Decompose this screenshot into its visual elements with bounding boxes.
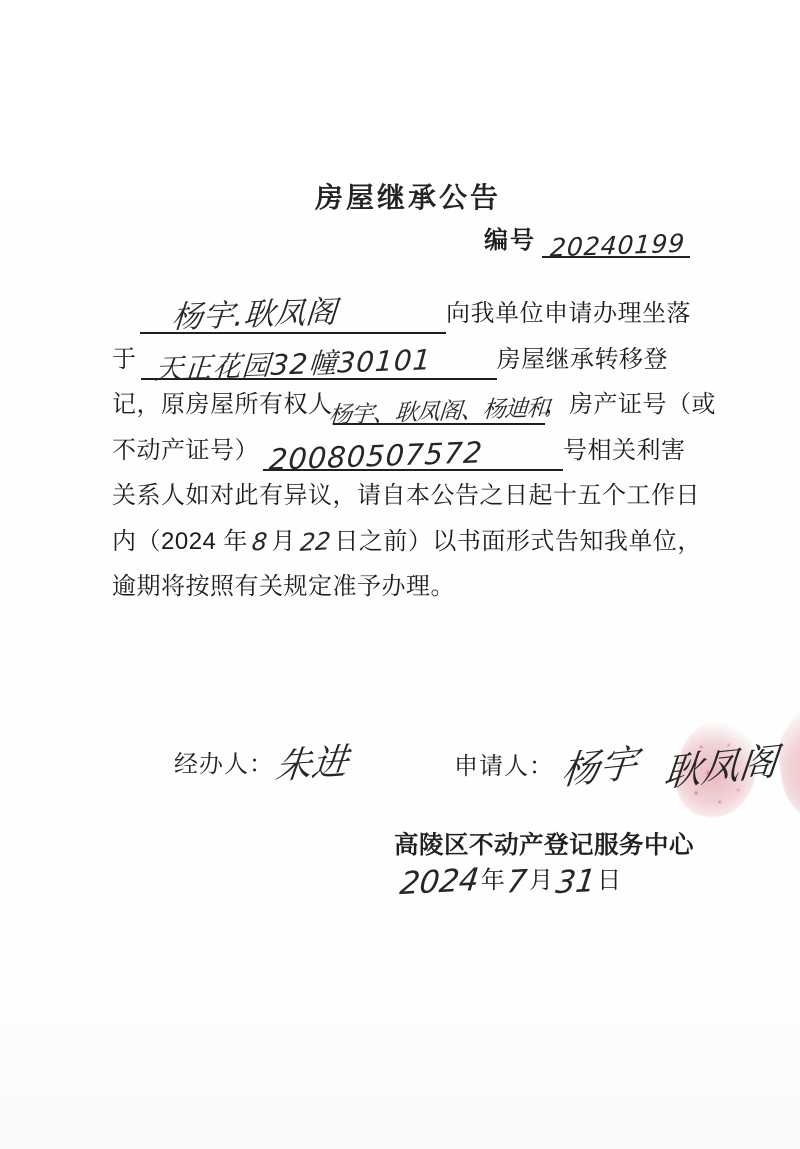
handler-signature-handwriting: 朱进 (273, 733, 350, 790)
scan-noise-shadow (0, 1049, 800, 1149)
issuing-organization: 高陵区不动产登记服务中心 (394, 826, 694, 861)
property-address-blank: 天正花园32幢30101 (141, 340, 497, 380)
body-line-6: 内（2024 年8月22日之前）以书面形式告知我单位， (112, 522, 697, 568)
handler-signature-group: 经办人：朱进 (174, 736, 348, 787)
date-year-handwriting: 2024 (398, 860, 482, 904)
body-line-6-suffix: 日之前）以书面形式告知我单位， (334, 522, 702, 562)
scanned-document-page: 房屋继承公告 编号20240199 杨宇.耿凤阁向我单位申请办理坐落 于天正花园… (0, 0, 800, 1149)
serial-number-blank: 20240199 (542, 224, 690, 258)
property-address-handwriting: 天正花园32幢30101 (153, 338, 432, 388)
applicant-signatures: 杨宇耿凤阁 (562, 736, 778, 791)
applicant-names-blank: 杨宇.耿凤阁 (140, 294, 446, 334)
deadline-day-handwriting: 22 (298, 521, 332, 563)
handler-label: 经办人： (174, 744, 274, 779)
body-line-4: 不动产证号）20080507572号相关利害 (112, 431, 697, 477)
body-line-5-text: 关系人如对此有异议，请自本公告之日起十五个工作日 (112, 476, 700, 516)
date-month-label: 月 (529, 860, 554, 902)
deadline-month-handwriting: 8 (250, 521, 269, 562)
issue-date: 2024年7月31日 (398, 860, 622, 902)
body-line-4-suffix: 号相关利害 (563, 431, 686, 471)
body-line-1: 杨宇.耿凤阁向我单位申请办理坐落 (112, 294, 697, 340)
body-line-6-mid: 月 (271, 522, 296, 562)
date-month-handwriting: 7 (505, 861, 530, 902)
certificate-number-handwriting: 20080507572 (268, 435, 484, 477)
original-owners-handwriting: 杨宇、耿凤阁、杨迪和 (327, 389, 549, 430)
body-line-7: 逾期将按照有关规定准予办理。 (112, 567, 697, 613)
date-year-label: 年 (481, 860, 506, 902)
body-line-3: 记，原房屋所有权人杨宇、耿凤阁、杨迪和，房产证号（或 (112, 385, 697, 431)
body-line-5: 关系人如对此有异议，请自本公告之日起十五个工作日 (112, 476, 697, 522)
document-title: 房屋继承公告 (8, 176, 800, 216)
serial-label: 编号 (484, 224, 536, 258)
date-day-label: 日 (597, 860, 622, 902)
body-line-4-prefix: 不动产证号） (112, 431, 259, 471)
body-line-1-text: 向我单位申请办理坐落 (446, 294, 691, 334)
applicant-names-handwriting: 杨宇.耿凤阁 (170, 286, 338, 337)
serial-number-handwriting: 20240199 (549, 229, 686, 263)
body-line-6-prefix: 内（2024 年 (112, 522, 248, 562)
serial-number-row: 编号20240199 (484, 224, 690, 258)
body-line-2-suffix: 房屋继承转移登 (497, 340, 669, 380)
applicant-signature-2-handwriting: 耿凤阁 (661, 730, 780, 798)
applicant-signature-1-handwriting: 杨宇 (559, 732, 640, 796)
original-owners-blank: 杨宇、耿凤阁、杨迪和 (333, 385, 545, 425)
applicant-signature-group: 申请人： 杨宇耿凤阁 (454, 736, 778, 791)
applicant-label: 申请人： (454, 746, 554, 781)
certificate-number-blank: 20080507572 (263, 431, 563, 471)
body-line-3-suffix: ，房产证号（或 (545, 385, 717, 425)
body-line-7-text: 逾期将按照有关规定准予办理。 (112, 567, 455, 607)
body-line-2-prefix: 于 (112, 340, 137, 380)
date-day-handwriting: 31 (553, 861, 597, 903)
announcement-body: 杨宇.耿凤阁向我单位申请办理坐落 于天正花园32幢30101房屋继承转移登 记，… (112, 294, 697, 613)
signature-row: 经办人：朱进 申请人： 杨宇耿凤阁 (0, 732, 800, 822)
body-line-3-prefix: 记，原房屋所有权人 (112, 385, 333, 425)
body-line-2: 于天正花园32幢30101房屋继承转移登 (112, 340, 697, 386)
